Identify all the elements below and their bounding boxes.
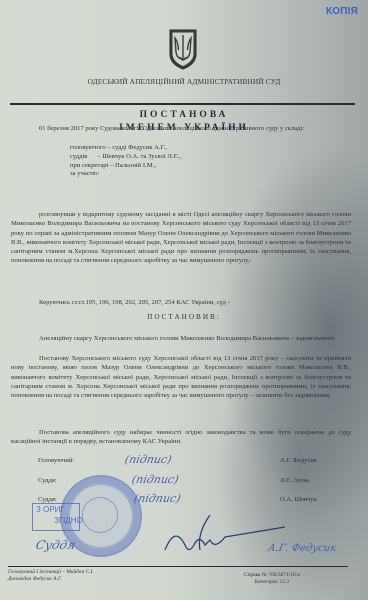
signature-role: Суддя: (38, 496, 57, 503)
court-decision-document: КОПІЯ ОДЕСЬКИЙ АПЕЛЯЦІЙНИЙ АДМІНІСТРАТИВ… (0, 0, 368, 600)
category: Категорія: 12.3 (244, 579, 300, 586)
trident-coat-of-arms-icon (168, 28, 198, 70)
guided-by-paragraph: Керуючись ст.ст.195, 196, 198, 202, 205,… (11, 298, 351, 307)
court-name: ОДЕСЬКИЙ АПЕЛЯЦІЙНИЙ АДМІНІСТРАТИВНИЙ СУ… (0, 77, 368, 86)
rapporteur: Доповідач Федусик А.Г. (8, 576, 94, 583)
true-copy-stamp: З ОРИГ ЗГІДНО (32, 503, 80, 531)
handwritten-name: А.Г. Федусик (267, 543, 337, 554)
decision-paragraph-3: Постанова апеляційного суду набирає чинн… (11, 428, 351, 447)
footer-left: Головуючий І інстанції – Майдан С.І. Доп… (8, 569, 94, 583)
handwritten-sudya: Суддя (35, 538, 77, 552)
composition-line: за участю: (70, 170, 181, 179)
signature-role: Головуючий: (38, 457, 74, 464)
case-number: Справа № 766/5871/16-а (244, 572, 300, 579)
handwritten-signature: (підпис) (133, 492, 182, 505)
consideration-paragraph: розглянувши у відкритому судовому засіда… (11, 210, 351, 266)
decision-paragraph-1: Апеляційну скаргу Херсонського міського … (11, 334, 351, 343)
signature-name: Л.Є. Зуєва (280, 477, 309, 484)
composition-line: головуючого – судді Федусик А.Г., (70, 144, 181, 153)
footer-divider (8, 566, 348, 567)
intro-paragraph: 01 березня 2017 року Судова колегія Одес… (11, 124, 351, 133)
handwritten-signature: (підпис) (124, 453, 173, 466)
signature-name: О.А. Шевчук (280, 496, 317, 503)
court-composition: головуючого – судді Федусик А.Г., суддів… (70, 144, 181, 179)
composition-line: при секретарі – Пальоній І.М., (70, 162, 181, 171)
signature-name: А.Г. Федусик (280, 457, 317, 464)
copy-stamp: КОПІЯ (326, 6, 358, 17)
header-divider (10, 103, 355, 105)
handwritten-signature: (підпис) (131, 473, 180, 486)
first-instance-judge: Головуючий І інстанції – Майдан С.І. (8, 569, 94, 576)
composition-line: суддів – Шевчук О.А. та Зуєвої Л.Є., (70, 153, 181, 162)
footer-right: Справа № 766/5871/16-а Категорія: 12.3 (244, 572, 300, 586)
decided-heading: ПОСТАНОВИВ: (0, 313, 368, 321)
decision-paragraph-2: Постанову Херсонського міського суду Хер… (11, 354, 351, 400)
signature-role: Суддя: (38, 477, 57, 484)
title-resolution: ПОСТАНОВА (0, 109, 368, 122)
